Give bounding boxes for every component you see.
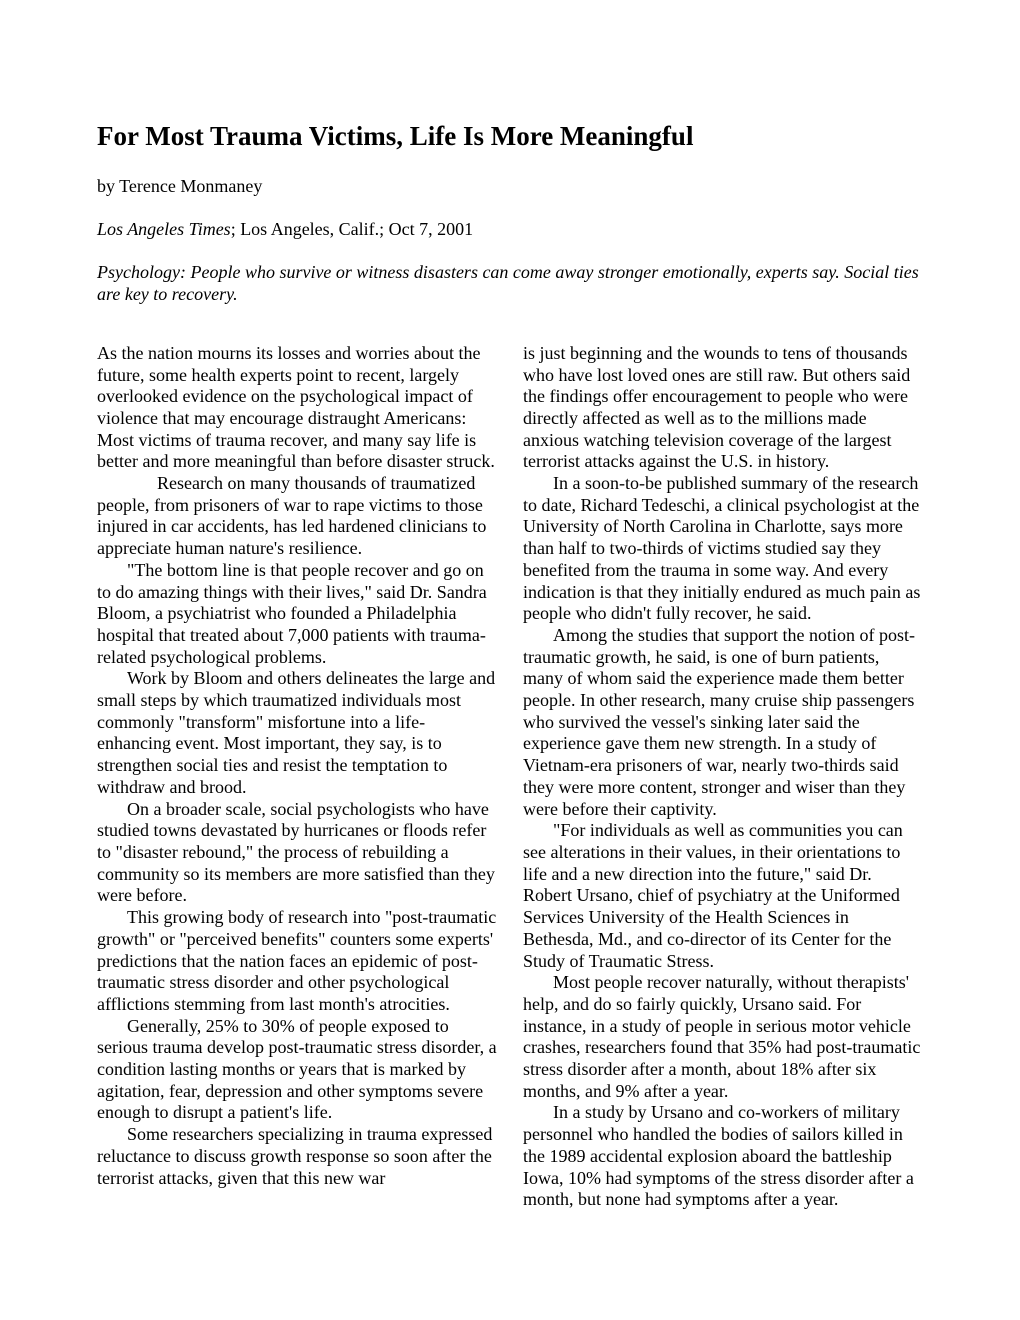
left-column: As the nation mourns its losses and worr… (97, 343, 497, 1211)
article-byline: by Terence Monmaney (97, 176, 926, 198)
article-paragraph: "The bottom line is that people recover … (97, 560, 497, 669)
article-paragraph: This growing body of research into "post… (97, 907, 497, 1016)
article-paragraph: Among the studies that support the notio… (523, 625, 923, 820)
article-paragraph: As the nation mourns its losses and worr… (97, 343, 497, 473)
article-paragraph: Research on many thousands of traumatize… (97, 473, 497, 560)
article-paragraph: Generally, 25% to 30% of people exposed … (97, 1016, 497, 1125)
article-paragraph: On a broader scale, social psychologists… (97, 799, 497, 908)
source-publication: Los Angeles Times (97, 219, 231, 239)
article-body: As the nation mourns its losses and worr… (97, 343, 926, 1211)
article-paragraph: Some researchers specializing in trauma … (97, 1124, 497, 1189)
article-paragraph: In a soon-to-be published summary of the… (523, 473, 923, 625)
article-page: For Most Trauma Victims, Life Is More Me… (0, 0, 1020, 1320)
right-column: is just beginning and the wounds to tens… (523, 343, 923, 1211)
article-paragraph: Most people recover naturally, without t… (523, 972, 923, 1102)
article-source-line: Los Angeles Times; Los Angeles, Calif.; … (97, 219, 926, 241)
article-title: For Most Trauma Victims, Life Is More Me… (97, 121, 926, 152)
source-details: ; Los Angeles, Calif.; Oct 7, 2001 (231, 219, 473, 239)
article-paragraph: Work by Bloom and others delineates the … (97, 668, 497, 798)
article-abstract: Psychology: People who survive or witnes… (97, 262, 923, 305)
article-paragraph: In a study by Ursano and co-workers of m… (523, 1102, 923, 1211)
article-paragraph: is just beginning and the wounds to tens… (523, 343, 923, 473)
article-paragraph: "For individuals as well as communities … (523, 820, 923, 972)
